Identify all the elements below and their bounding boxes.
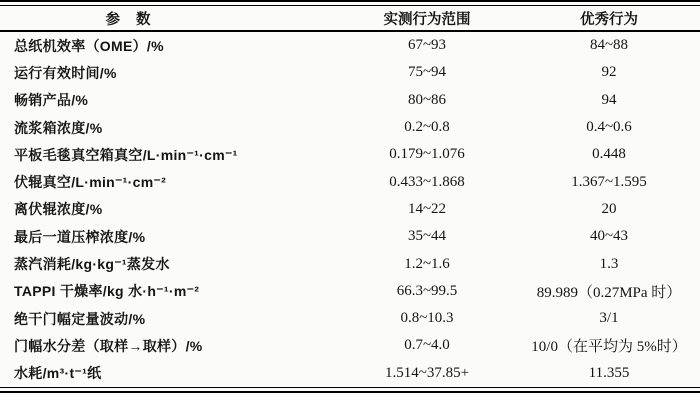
table-row: 最后一道压榨浓度/% 35~44 40~43 [0,223,700,250]
param-label: 离伏辊浓度/% [0,196,336,223]
column-header-measured-range: 实测行为范围 [336,6,518,31]
table-row: 水耗/m³·t⁻¹纸 1.514~37.85+ 11.355 [0,360,700,387]
excellent-value: 20 [518,196,700,223]
excellent-value: 0.448 [518,141,700,168]
column-header-excellent: 优秀行为 [518,6,700,31]
excellent-value: 89.989（0.27MPa 时） [518,278,700,305]
measured-value: 0.179~1.076 [336,141,518,168]
measured-value: 1.514~37.85+ [336,360,518,387]
table-row: 畅销产品/% 80~86 94 [0,87,700,114]
table-row: TAPPI 干燥率/kg 水·h⁻¹·m⁻² 66.3~99.5 89.989（… [0,278,700,305]
excellent-value: 84~88 [518,31,700,59]
param-label: 运行有效时间/% [0,59,336,86]
param-label: 绝干门幅定量波动/% [0,305,336,332]
measured-value: 75~94 [336,59,518,86]
table-row: 绝干门幅定量波动/% 0.8~10.3 3/1 [0,305,700,332]
table-row: 蒸汽消耗/kg·kg⁻¹蒸发水 1.2~1.6 1.3 [0,250,700,277]
measured-value: 1.2~1.6 [336,250,518,277]
param-label: 最后一道压榨浓度/% [0,223,336,250]
excellent-value: 1.367~1.595 [518,168,700,195]
table-row: 流浆箱浓度/% 0.2~0.8 0.4~0.6 [0,114,700,141]
param-label: 门幅水分差（取样→取样）/% [0,332,336,359]
measured-value: 67~93 [336,31,518,59]
measured-value: 14~22 [336,196,518,223]
excellent-value: 40~43 [518,223,700,250]
param-label: TAPPI 干燥率/kg 水·h⁻¹·m⁻² [0,278,336,305]
excellent-value: 3/1 [518,305,700,332]
param-label: 蒸汽消耗/kg·kg⁻¹蒸发水 [0,250,336,277]
excellent-value: 92 [518,59,700,86]
param-label: 流浆箱浓度/% [0,114,336,141]
scanned-document-page: 参 数 实测行为范围 优秀行为 总纸机效率（OME）/% 67~93 84~88… [0,0,700,395]
column-header-parameter: 参 数 [0,6,336,31]
param-label: 伏辊真空/L·min⁻¹·cm⁻² [0,168,336,195]
excellent-value: 10/0（在平均为 5%时） [518,332,700,359]
measured-value: 0.8~10.3 [336,305,518,332]
measured-value: 0.2~0.8 [336,114,518,141]
table-header-row: 参 数 实测行为范围 优秀行为 [0,6,700,31]
excellent-value: 1.3 [518,250,700,277]
excellent-value: 11.355 [518,360,700,387]
table-row: 伏辊真空/L·min⁻¹·cm⁻² 0.433~1.868 1.367~1.59… [0,168,700,195]
table-bottom-double-rule [0,387,700,393]
measured-value: 66.3~99.5 [336,278,518,305]
parameters-table: 参 数 实测行为范围 优秀行为 总纸机效率（OME）/% 67~93 84~88… [0,6,700,387]
table-row: 平板毛毯真空箱真空/L·min⁻¹·cm⁻¹ 0.179~1.076 0.448 [0,141,700,168]
param-label: 畅销产品/% [0,87,336,114]
table-row: 运行有效时间/% 75~94 92 [0,59,700,86]
measured-value: 0.433~1.868 [336,168,518,195]
param-label: 平板毛毯真空箱真空/L·min⁻¹·cm⁻¹ [0,141,336,168]
param-label: 水耗/m³·t⁻¹纸 [0,360,336,387]
param-label: 总纸机效率（OME）/% [0,31,336,59]
table-row: 总纸机效率（OME）/% 67~93 84~88 [0,31,700,59]
excellent-value: 94 [518,87,700,114]
measured-value: 35~44 [336,223,518,250]
measured-value: 0.7~4.0 [336,332,518,359]
table-row: 离伏辊浓度/% 14~22 20 [0,196,700,223]
excellent-value: 0.4~0.6 [518,114,700,141]
table-row: 门幅水分差（取样→取样）/% 0.7~4.0 10/0（在平均为 5%时） [0,332,700,359]
measured-value: 80~86 [336,87,518,114]
